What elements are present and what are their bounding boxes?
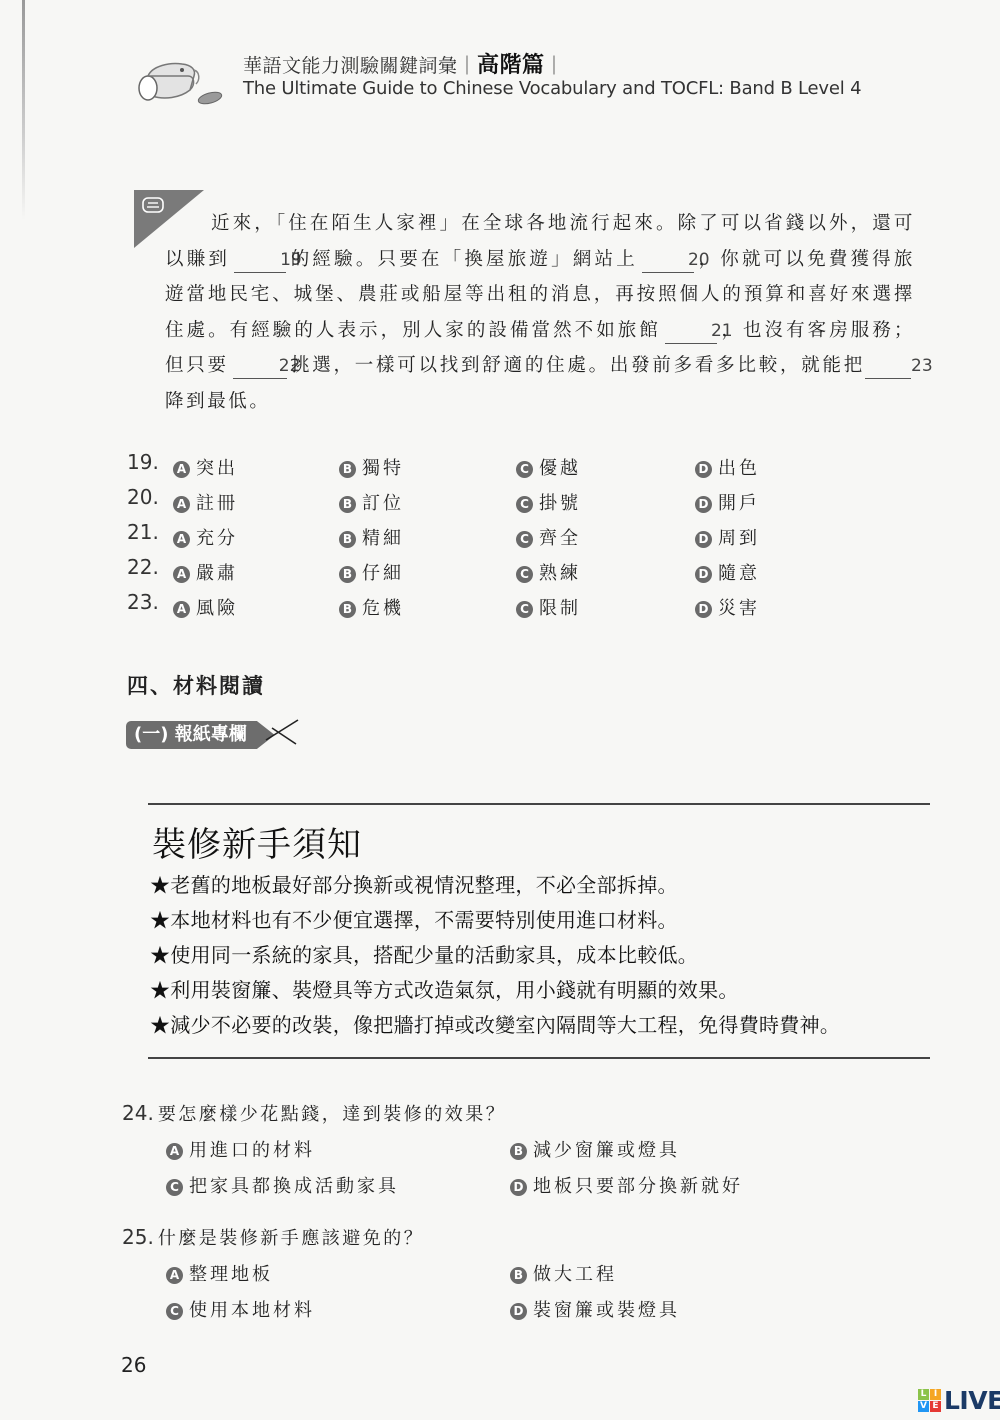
cloze-passage: 近來，「住在陌生人家裡」在全球各地流行起來。除了可以省錢以外，還可以賺到19的經… bbox=[165, 206, 915, 419]
option-b[interactable]: B做大工程 bbox=[510, 1260, 617, 1286]
option-a-icon: A bbox=[173, 566, 190, 583]
option-c-icon: C bbox=[516, 601, 533, 618]
question-number: 21. bbox=[127, 520, 159, 544]
option-label: 嚴肅 bbox=[196, 563, 238, 584]
option-b-icon: B bbox=[339, 461, 356, 478]
question-25: 25.什麼是裝修新手應該避免的？ A整理地板 B做大工程 C使用本地材料 D裝窗… bbox=[122, 1224, 762, 1328]
option-label: 把家具都換成活動家具 bbox=[189, 1176, 399, 1197]
option-c-icon: C bbox=[516, 566, 533, 583]
choice-row-19: 19. A突出 B獨特 C優越 D出色 bbox=[127, 450, 807, 485]
tip-item: ★老舊的地板最好部分換新或視情況整理，不必全部拆掉。 bbox=[150, 869, 930, 904]
question-prompt: 什麼是裝修新手應該避免的？ bbox=[158, 1228, 425, 1249]
option-label: 註冊 bbox=[196, 493, 238, 514]
choice-row-23: 23. A風險 B危機 C限制 D災害 bbox=[127, 590, 807, 625]
choice-row-21: 21. A充分 B精細 C齊全 D周到 bbox=[127, 520, 807, 555]
option-label: 獨特 bbox=[362, 458, 404, 479]
question-prompt: 要怎麼樣少花點錢，達到裝修的效果？ bbox=[158, 1104, 507, 1125]
tip-item: ★使用同一系統的家具，搭配少量的活動家具，成本比較低。 bbox=[150, 939, 930, 974]
option-c-icon: C bbox=[516, 496, 533, 513]
option-label: 危機 bbox=[362, 598, 404, 619]
option-a-icon: A bbox=[173, 496, 190, 513]
option-a-icon: A bbox=[173, 601, 190, 618]
liveworksheets-logo[interactable]: L I V E LIVEWORKSHEETS bbox=[918, 1386, 1000, 1415]
option-c[interactable]: C熟練 bbox=[516, 559, 581, 585]
question-options: A整理地板 B做大工程 C使用本地材料 D裝窗簾或裝燈具 bbox=[122, 1256, 762, 1328]
option-c[interactable]: C齊全 bbox=[516, 524, 581, 550]
article-bottom-rule bbox=[148, 1057, 930, 1059]
option-b[interactable]: B仔細 bbox=[339, 559, 404, 585]
option-label: 訂位 bbox=[362, 493, 404, 514]
option-d[interactable]: D開戶 bbox=[695, 489, 760, 515]
option-d-icon: D bbox=[695, 496, 712, 513]
option-d[interactable]: D地板只要部分換新就好 bbox=[510, 1172, 743, 1198]
option-a-icon: A bbox=[166, 1267, 183, 1284]
option-b[interactable]: B獨特 bbox=[339, 454, 404, 480]
option-c-icon: C bbox=[166, 1179, 183, 1196]
option-a[interactable]: A註冊 bbox=[173, 489, 238, 515]
blank-21[interactable]: 21 bbox=[665, 319, 717, 344]
option-c[interactable]: C把家具都換成活動家具 bbox=[166, 1172, 399, 1198]
passage-text: 的經驗。只要在「換屋旅遊」網站上 bbox=[290, 249, 638, 270]
option-b[interactable]: B危機 bbox=[339, 594, 404, 620]
option-label: 隨意 bbox=[718, 563, 760, 584]
option-b-icon: B bbox=[339, 601, 356, 618]
option-a[interactable]: A整理地板 bbox=[166, 1260, 273, 1286]
option-d-icon: D bbox=[695, 601, 712, 618]
option-label: 整理地板 bbox=[189, 1264, 273, 1285]
choice-list: 19. A突出 B獨特 C優越 D出色 20. A註冊 B訂位 C掛號 D開戶 … bbox=[127, 450, 807, 625]
option-a[interactable]: A突出 bbox=[173, 454, 238, 480]
option-label: 充分 bbox=[196, 528, 238, 549]
option-label: 熟練 bbox=[539, 563, 581, 584]
option-b[interactable]: B減少窗簾或燈具 bbox=[510, 1136, 680, 1162]
scissors-icon bbox=[262, 716, 302, 750]
question-number: 20. bbox=[127, 485, 159, 509]
book-title: 華語文能力測驗關鍵詞彙｜高階篇｜ bbox=[243, 48, 564, 79]
book-with-mouse-icon bbox=[130, 54, 225, 109]
option-label: 周到 bbox=[718, 528, 760, 549]
question-number: 23. bbox=[127, 590, 159, 614]
article-tips: ★老舊的地板最好部分換新或視情況整理，不必全部拆掉。 ★本地材料也有不少便宜選擇… bbox=[150, 869, 930, 1044]
option-b[interactable]: B訂位 bbox=[339, 489, 404, 515]
option-label: 精細 bbox=[362, 528, 404, 549]
option-a-icon: A bbox=[173, 461, 190, 478]
blank-23[interactable]: 23 bbox=[865, 354, 911, 379]
question-text: 25.什麼是裝修新手應該避免的？ bbox=[122, 1224, 762, 1250]
title-divider: ｜ bbox=[545, 55, 565, 77]
option-label: 使用本地材料 bbox=[189, 1300, 315, 1321]
section-tag: (一) 報紙專欄 bbox=[126, 721, 275, 749]
option-b[interactable]: B精細 bbox=[339, 524, 404, 550]
option-label: 災害 bbox=[718, 598, 760, 619]
option-c[interactable]: C限制 bbox=[516, 594, 581, 620]
option-label: 開戶 bbox=[718, 493, 760, 514]
choice-row-22: 22. A嚴肅 B仔細 C熟練 D隨意 bbox=[127, 555, 807, 590]
badge-letter: L bbox=[918, 1389, 929, 1400]
book-level: 高階篇 bbox=[477, 53, 545, 78]
option-c[interactable]: C使用本地材料 bbox=[166, 1296, 315, 1322]
page-header: 華語文能力測驗關鍵詞彙｜高階篇｜ The Ultimate Guide to C… bbox=[125, 46, 845, 106]
option-label: 出色 bbox=[718, 458, 760, 479]
option-a-icon: A bbox=[166, 1143, 183, 1160]
option-label: 齊全 bbox=[539, 528, 581, 549]
badge-letter: E bbox=[930, 1401, 941, 1412]
option-c[interactable]: C掛號 bbox=[516, 489, 581, 515]
book-subtitle: The Ultimate Guide to Chinese Vocabulary… bbox=[243, 78, 861, 99]
option-a[interactable]: A嚴肅 bbox=[173, 559, 238, 585]
passage-text: 降到最低。 bbox=[165, 391, 271, 412]
option-d[interactable]: D周到 bbox=[695, 524, 760, 550]
blank-22[interactable]: 22 bbox=[233, 354, 287, 379]
option-d[interactable]: D裝窗簾或裝燈具 bbox=[510, 1296, 680, 1322]
option-b-icon: B bbox=[339, 496, 356, 513]
option-d[interactable]: D災害 bbox=[695, 594, 760, 620]
option-d-icon: D bbox=[695, 531, 712, 548]
question-text: 24.要怎麼樣少花點錢，達到裝修的效果？ bbox=[122, 1100, 762, 1126]
option-c-icon: C bbox=[166, 1303, 183, 1320]
option-b-icon: B bbox=[510, 1143, 527, 1160]
tip-item: ★減少不必要的改裝，像把牆打掉或改變室內隔間等大工程，免得費時費神。 bbox=[150, 1009, 930, 1044]
badge-letter: I bbox=[930, 1389, 941, 1400]
brand-text: LIVEWORKSHEETS bbox=[944, 1386, 1000, 1415]
option-b-icon: B bbox=[339, 531, 356, 548]
option-label: 地板只要部分換新就好 bbox=[533, 1176, 743, 1197]
option-label: 優越 bbox=[539, 458, 581, 479]
option-c-icon: C bbox=[516, 461, 533, 478]
option-d-icon: D bbox=[695, 461, 712, 478]
option-label: 掛號 bbox=[539, 493, 581, 514]
question-number: 22. bbox=[127, 555, 159, 579]
option-c-icon: C bbox=[516, 531, 533, 548]
tip-item: ★利用裝窗簾、裝燈具等方式改造氣氛，用小錢就有明顯的效果。 bbox=[150, 974, 930, 1009]
option-d-icon: D bbox=[510, 1179, 527, 1196]
option-label: 裝窗簾或裝燈具 bbox=[533, 1300, 680, 1321]
article-top-rule bbox=[148, 803, 930, 805]
option-d[interactable]: D隨意 bbox=[695, 559, 760, 585]
option-label: 減少窗簾或燈具 bbox=[533, 1140, 680, 1161]
book-title-zh: 華語文能力測驗關鍵詞彙｜ bbox=[243, 55, 477, 77]
page-number: 26 bbox=[121, 1353, 146, 1377]
live-badge-icon: L I V E bbox=[918, 1389, 941, 1412]
option-label: 仔細 bbox=[362, 563, 404, 584]
option-d-icon: D bbox=[510, 1303, 527, 1320]
option-b-icon: B bbox=[510, 1267, 527, 1284]
option-a-icon: A bbox=[173, 531, 190, 548]
option-d-icon: D bbox=[695, 566, 712, 583]
page-edge bbox=[22, 0, 25, 220]
question-24: 24.要怎麼樣少花點錢，達到裝修的效果？ A用進口的材料 B減少窗簾或燈具 C把… bbox=[122, 1100, 762, 1204]
section-title: 四、材料閱讀 bbox=[127, 670, 265, 700]
option-label: 做大工程 bbox=[533, 1264, 617, 1285]
badge-letter: V bbox=[918, 1401, 929, 1412]
option-c[interactable]: C優越 bbox=[516, 454, 581, 480]
question-number: 24. bbox=[122, 1101, 154, 1125]
option-a[interactable]: A風險 bbox=[173, 594, 238, 620]
blank-20[interactable]: 20 bbox=[642, 248, 694, 273]
option-label: 突出 bbox=[196, 458, 238, 479]
choice-row-20: 20. A註冊 B訂位 C掛號 D開戶 bbox=[127, 485, 807, 520]
option-a[interactable]: A充分 bbox=[173, 524, 238, 550]
option-a[interactable]: A用進口的材料 bbox=[166, 1136, 315, 1162]
article-title: 裝修新手須知 bbox=[152, 817, 362, 866]
option-label: 用進口的材料 bbox=[189, 1140, 315, 1161]
option-d[interactable]: D出色 bbox=[695, 454, 760, 480]
question-number: 19. bbox=[127, 450, 159, 474]
tip-item: ★本地材料也有不少便宜選擇，不需要特別使用進口材料。 bbox=[150, 904, 930, 939]
blank-19[interactable]: 19 bbox=[234, 248, 286, 273]
passage-text: 挑選，一樣可以找到舒適的住處。出發前多看多比較，就能把 bbox=[291, 355, 865, 376]
question-options: A用進口的材料 B減少窗簾或燈具 C把家具都換成活動家具 D地板只要部分換新就好 bbox=[122, 1132, 762, 1204]
option-b-icon: B bbox=[339, 566, 356, 583]
option-label: 限制 bbox=[539, 598, 581, 619]
option-label: 風險 bbox=[196, 598, 238, 619]
question-number: 25. bbox=[122, 1225, 154, 1249]
